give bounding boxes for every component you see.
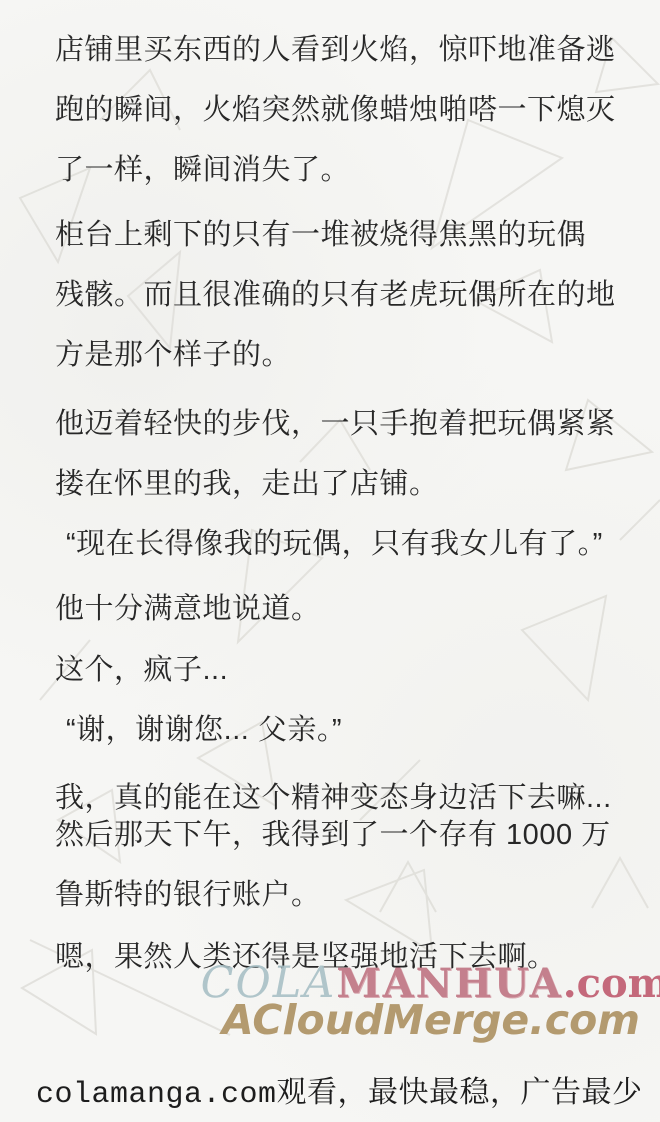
story-line-quote: “现在长得像我的玩偶，只有我女儿有了。” [66,527,603,561]
story-line: 他迈着轻快的步伐，一只手抱着把玩偶紧紧 [55,407,616,441]
story-line: 他十分满意地说道。 [55,592,321,626]
story-line: 鲁斯特的银行账户。 [55,878,321,912]
story-line: 柜台上剩下的只有一堆被烧得焦黑的玩偶 [55,218,586,252]
novel-text-page: 店铺里买东西的人看到火焰，惊吓地准备逃 跑的瞬间，火焰突然就像蜡烛啪嗒一下熄灭 … [0,0,660,1122]
story-line: 搂在怀里的我，走出了店铺。 [55,467,439,501]
story-line-quote: “谢，谢谢您... 父亲。” [66,713,342,747]
story-line: 残骸。而且很准确的只有老虎玩偶所在的地 [55,278,616,312]
acloudmerge-watermark: ACloudMerge.com [222,999,640,1041]
story-line: 我，真的能在这个精神变态身边活下去嘛... [55,781,612,815]
story-line: 这个，疯子... [55,653,228,687]
story-line: 了一样，瞬间消失了。 [55,153,350,187]
story-line: 跑的瞬间，火焰突然就像蜡烛啪嗒一下熄灭 [55,93,616,127]
story-line: 店铺里买东西的人看到火焰，惊吓地准备逃 [55,33,616,67]
site-promo-notice: colamanga.com观看，最快最稳，广告最少 [36,1077,643,1113]
story-line: 然后那天下午，我得到了一个存有 1000 万 [55,818,611,852]
story-line: 方是那个样子的。 [55,338,291,372]
